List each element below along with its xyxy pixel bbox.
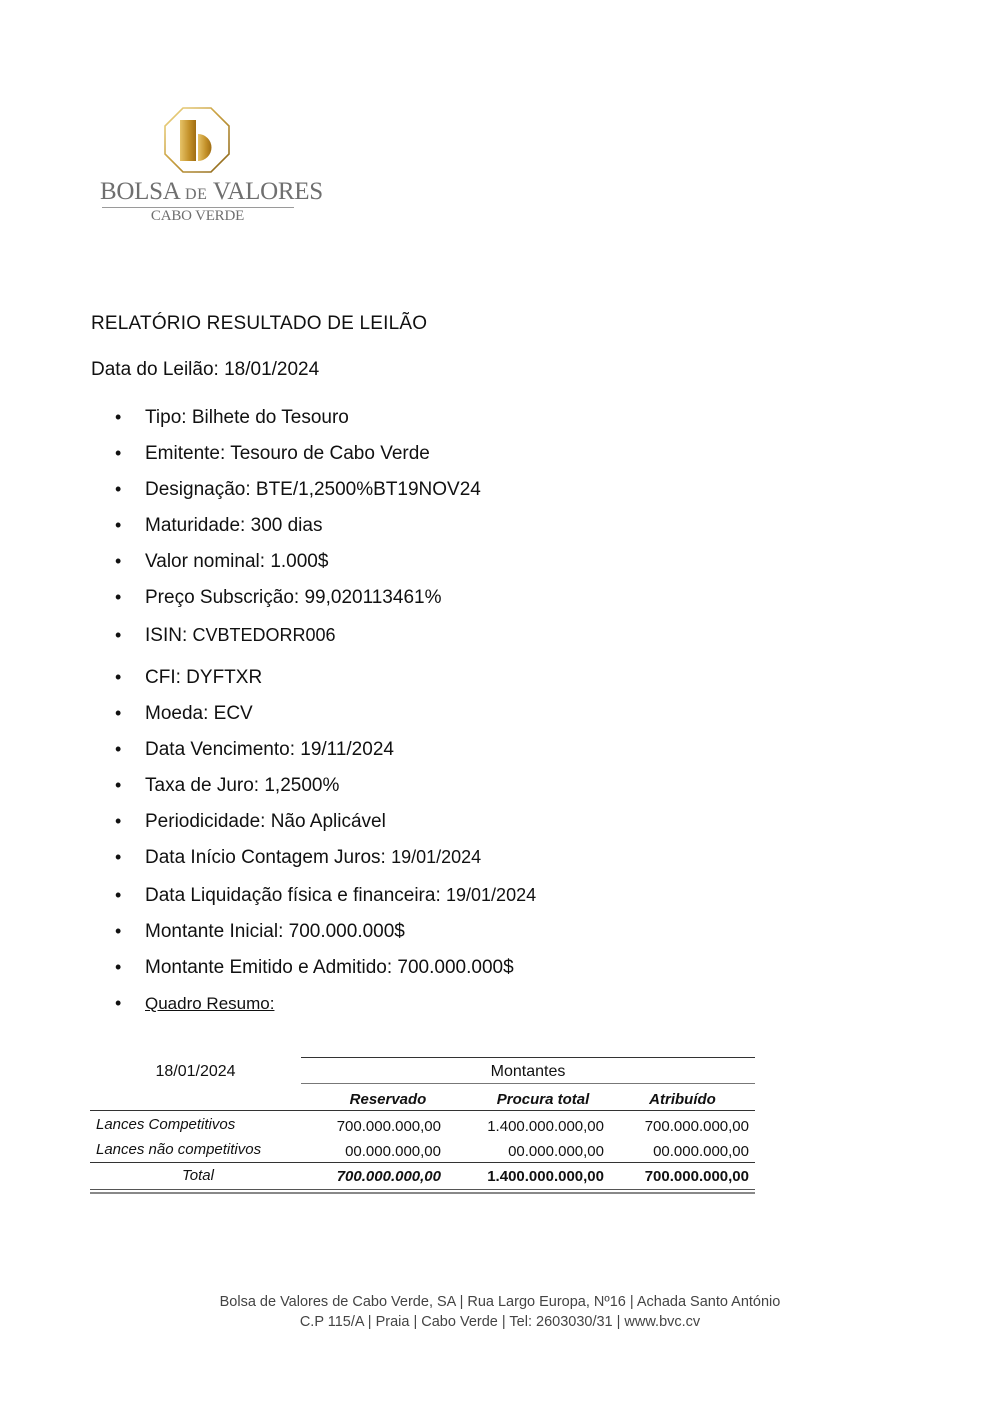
detail-item: Montante Inicial: 700.000.000$ bbox=[145, 921, 405, 943]
table-group-header: Montantes bbox=[301, 1063, 755, 1081]
summary-table-link[interactable]: Quadro Resumo: bbox=[145, 994, 274, 1013]
table-total-cell: 700.000.000,00 bbox=[301, 1168, 441, 1185]
detail-item: Emitente: Tesouro de Cabo Verde bbox=[145, 443, 430, 465]
table-rule bbox=[90, 1162, 755, 1163]
detail-label: Valor nominal: bbox=[145, 551, 265, 572]
table-cell: 700.000.000,00 bbox=[301, 1118, 441, 1135]
detail-label: Periodicidade: bbox=[145, 811, 265, 832]
column-header-allotted: Atribuído bbox=[625, 1091, 740, 1108]
table-rule bbox=[301, 1057, 755, 1058]
table-cell: 00.000.000,00 bbox=[609, 1143, 749, 1160]
logo-subtitle: CABO VERDE bbox=[100, 208, 295, 225]
table-rule bbox=[90, 1110, 755, 1111]
detail-value: 1.000$ bbox=[270, 551, 328, 572]
row-label-competitive: Lances Competitivos bbox=[96, 1116, 235, 1133]
detail-label: Data Vencimento: bbox=[145, 739, 295, 760]
page-footer: Bolsa de Valores de Cabo Verde, SA | Rua… bbox=[0, 1292, 1000, 1332]
detail-label: Montante Inicial: bbox=[145, 921, 283, 942]
detail-label: Preço Subscrição: bbox=[145, 587, 299, 608]
detail-item: ISIN: CVBTEDORR006 bbox=[145, 625, 336, 647]
logo-wordmark: BOLSA DE VALORES bbox=[100, 178, 295, 206]
table-date: 18/01/2024 bbox=[90, 1063, 301, 1081]
detail-item[interactable]: Quadro Resumo: bbox=[145, 993, 274, 1015]
detail-value: BTE/1,2500%BT19NOV24 bbox=[256, 479, 481, 500]
detail-label: Data Liquidação física e financeira: bbox=[145, 885, 441, 906]
row-label-total: Total bbox=[90, 1167, 306, 1184]
detail-value: 1,2500% bbox=[264, 775, 339, 796]
detail-label: CFI: bbox=[145, 667, 181, 688]
detail-value: 300 dias bbox=[251, 515, 323, 536]
detail-value: 19/11/2024 bbox=[300, 739, 394, 760]
detail-label: Maturidade: bbox=[145, 515, 245, 536]
table-cell: 00.000.000,00 bbox=[301, 1143, 441, 1160]
detail-item: Tipo: Bilhete do Tesouro bbox=[145, 407, 349, 429]
detail-item: Montante Emitido e Admitido: 700.000.000… bbox=[145, 957, 514, 979]
detail-label: Data Início Contagem Juros: bbox=[145, 847, 386, 868]
detail-value: 99,020113461% bbox=[304, 587, 441, 608]
detail-label: ISIN: bbox=[145, 625, 187, 646]
auction-date: Data do Leilão: 18/01/2024 bbox=[91, 359, 319, 381]
column-header-total-demand: Procura total bbox=[468, 1091, 618, 1108]
detail-value: Bilhete do Tesouro bbox=[192, 407, 349, 428]
detail-label: Taxa de Juro: bbox=[145, 775, 259, 796]
detail-item: Maturidade: 300 dias bbox=[145, 515, 322, 537]
table-cell: 700.000.000,00 bbox=[609, 1118, 749, 1135]
detail-label: Montante Emitido e Admitido: bbox=[145, 957, 392, 978]
table-rule bbox=[301, 1083, 755, 1084]
detail-value: ECV bbox=[214, 703, 253, 724]
table-cell: 1.400.000.000,00 bbox=[460, 1118, 604, 1135]
table-total-cell: 1.400.000.000,00 bbox=[460, 1168, 604, 1185]
detail-item: Data Vencimento: 19/11/2024 bbox=[145, 739, 394, 761]
detail-value: CVBTEDORR006 bbox=[193, 625, 336, 645]
footer-address-line: Bolsa de Valores de Cabo Verde, SA | Rua… bbox=[0, 1292, 1000, 1312]
detail-item: Taxa de Juro: 1,2500% bbox=[145, 775, 339, 797]
detail-value: 19/01/2024 bbox=[391, 847, 481, 867]
detail-item: Data Início Contagem Juros: 19/01/2024 bbox=[145, 847, 481, 869]
detail-value: Tesouro de Cabo Verde bbox=[230, 443, 430, 464]
detail-value: 700.000.000$ bbox=[289, 921, 405, 942]
table-rule bbox=[90, 1189, 755, 1190]
footer-contact-line: C.P 115/A | Praia | Cabo Verde | Tel: 26… bbox=[0, 1312, 1000, 1332]
detail-label: Emitente: bbox=[145, 443, 225, 464]
detail-value: Não Aplicável bbox=[271, 811, 386, 832]
table-rule bbox=[90, 1192, 755, 1194]
detail-value: 19/01/2024 bbox=[446, 885, 536, 905]
detail-item: Valor nominal: 1.000$ bbox=[145, 551, 328, 573]
detail-value: 700.000.000$ bbox=[397, 957, 513, 978]
detail-item: CFI: DYFTXR bbox=[145, 667, 262, 689]
bvc-logo: BOLSA DE VALORES CABO VERDE bbox=[100, 106, 300, 226]
detail-label: Moeda: bbox=[145, 703, 208, 724]
detail-item: Moeda: ECV bbox=[145, 703, 253, 725]
row-label-non-competitive: Lances não competitivos bbox=[96, 1141, 261, 1158]
column-header-reserved: Reservado bbox=[318, 1091, 458, 1108]
table-cell: 00.000.000,00 bbox=[460, 1143, 604, 1160]
table-total-cell: 700.000.000,00 bbox=[609, 1168, 749, 1185]
detail-item: Periodicidade: Não Aplicável bbox=[145, 811, 386, 833]
detail-value: DYFTXR bbox=[186, 667, 262, 688]
detail-item: Data Liquidação física e financeira: 19/… bbox=[145, 885, 536, 907]
report-title: RELATÓRIO RESULTADO DE LEILÃO bbox=[91, 313, 427, 335]
bvc-octagon-b-icon bbox=[163, 106, 231, 174]
detail-label: Tipo: bbox=[145, 407, 187, 428]
detail-label: Designação: bbox=[145, 479, 251, 500]
detail-item: Designação: BTE/1,2500%BT19NOV24 bbox=[145, 479, 481, 501]
detail-item: Preço Subscrição: 99,020113461% bbox=[145, 587, 441, 609]
